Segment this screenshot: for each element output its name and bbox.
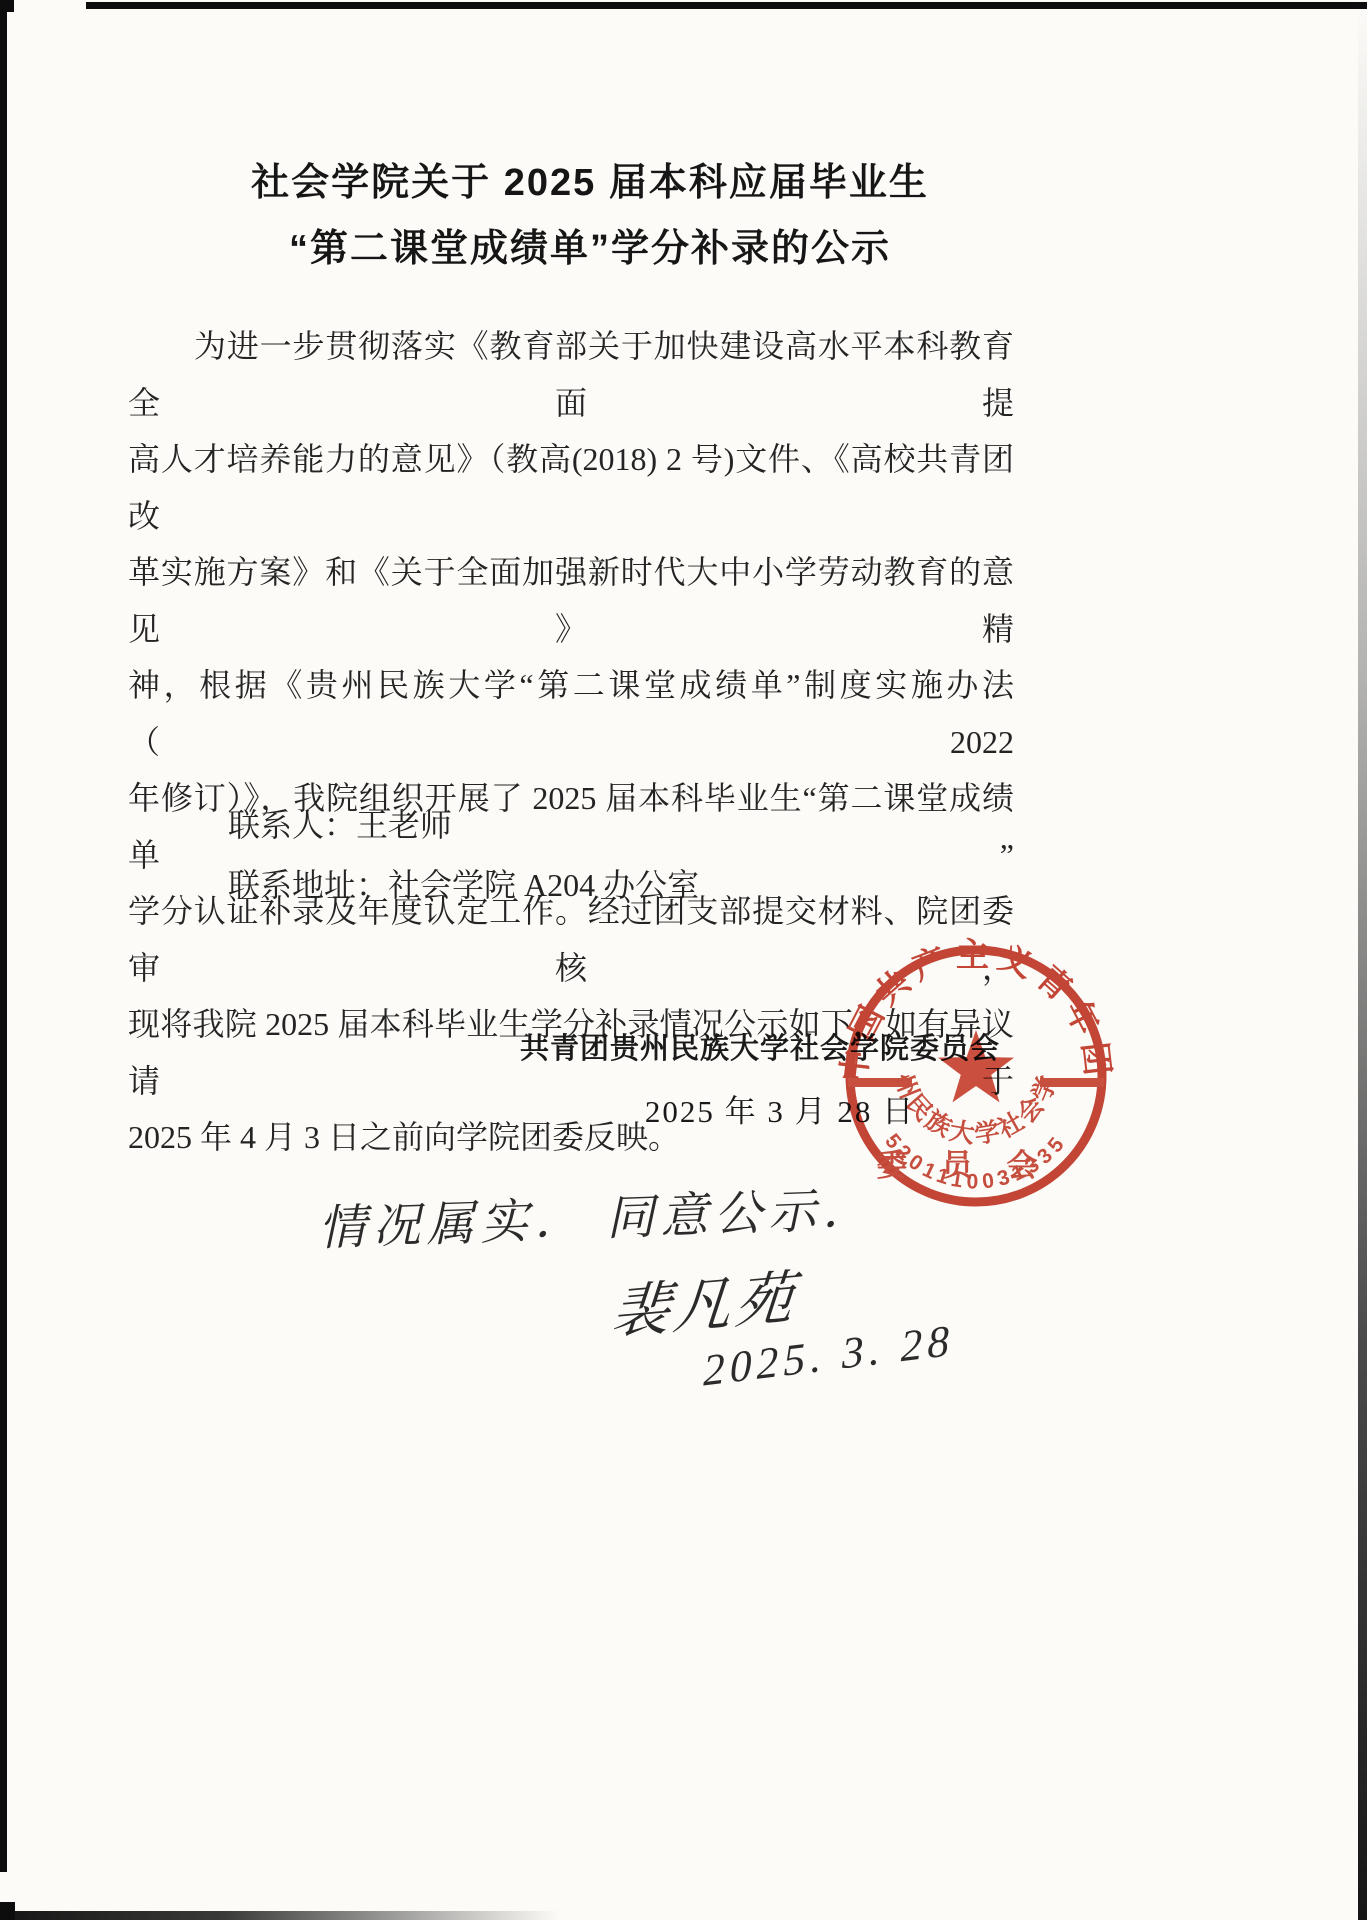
scanned-document-page: 社会学院关于 2025 届本科应届毕业生 “第二课堂成绩单”学分补录的公示 为进…: [0, 0, 1367, 1920]
document-title: 社会学院关于 2025 届本科应届毕业生 “第二课堂成绩单”学分补录的公示: [0, 150, 1180, 282]
scan-edge-top: [86, 2, 1367, 9]
body-line: 革实施方案》和《关于全面加强新时代大中小学劳动教育的意见》精: [128, 544, 1014, 657]
body-line: 为进一步贯彻落实《教育部关于加快建设高水平本科教育全面提: [128, 318, 1014, 431]
handwritten-approval-note: 情况属实． 同意公示．: [317, 1170, 877, 1258]
scan-edge-right: [1358, 0, 1367, 1920]
body-line: 高人才培养能力的意见》（教高(2018) 2 号)文件、《高校共青团改: [128, 431, 1014, 544]
title-line-2: “第二课堂成绩单”学分补录的公示: [0, 216, 1180, 282]
scan-edge-bottom: [0, 1911, 560, 1920]
official-seal: 中国共产主义青年团 贵州民族大学社会学院 委员会 5201110031335: [836, 936, 1116, 1216]
body-line: 神，根据《贵州民族大学“第二课堂成绩单”制度实施办法（2022: [128, 657, 1014, 770]
handwritten-signature: 裴凡苑: [609, 1249, 802, 1350]
seal-star-icon: [938, 1030, 1014, 1102]
title-line-1: 社会学院关于 2025 届本科应届毕业生: [0, 150, 1180, 216]
scan-edge-bottom-left-corner: [0, 1902, 15, 1920]
contact-address: 联系地址：社会学院 A204 办公室: [228, 855, 699, 915]
contact-info: 联系人：王老师 联系地址：社会学院 A204 办公室: [228, 795, 699, 915]
contact-person: 联系人：王老师: [228, 795, 699, 855]
